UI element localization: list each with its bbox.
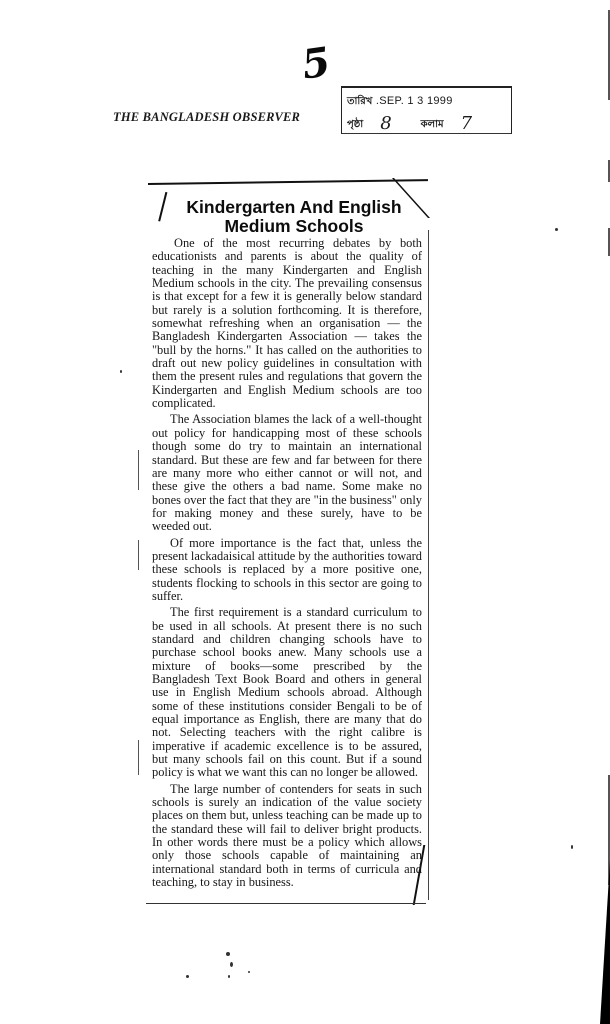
scan-speckle — [555, 228, 558, 231]
scan-speckle — [248, 971, 250, 973]
stamp-page-value: 8 — [380, 113, 391, 134]
page-number-mark: 5 — [301, 42, 330, 86]
scan-speckle — [120, 370, 122, 373]
stamp-page-row: পৃষ্ঠা 8 কলাম 7 — [347, 111, 472, 134]
article-paragraph: One of the most recurring debates by bot… — [152, 237, 422, 410]
article-paragraph: Of more importance is the fact that, unl… — [152, 537, 422, 604]
stamp-column-value: 7 — [461, 113, 472, 134]
newspaper-masthead: THE BANGLADESH OBSERVER — [113, 110, 300, 125]
stamp-page-label: পৃষ্ঠা — [347, 119, 363, 130]
scan-speckle — [226, 952, 230, 956]
article-headline: Kindergarten And English Medium Schools — [174, 198, 414, 236]
article-clipping: Kindergarten And English Medium Schools … — [146, 180, 429, 900]
article-paragraph: The Association blames the lack of a wel… — [152, 413, 422, 533]
corner-pen-mark-left — [145, 189, 168, 222]
archive-stamp: তারিখ .SEP. 1 3 1999 পৃষ্ঠা 8 কলাম 7 — [341, 86, 512, 134]
clipping-border-top — [148, 179, 428, 185]
stamp-date-value: .SEP. 1 3 1999 — [376, 95, 453, 107]
clipping-border-left-fragment — [138, 740, 139, 775]
scan-speckle — [228, 975, 230, 978]
clipping-border-bottom — [146, 903, 426, 904]
article-body: One of the most recurring debates by bot… — [152, 237, 422, 893]
stamp-column-label: কলাম — [421, 119, 444, 130]
clipping-border-left-fragment — [138, 450, 139, 490]
article-paragraph: The large number of contenders for seats… — [152, 783, 422, 890]
stamp-date-row: তারিখ .SEP. 1 3 1999 — [347, 94, 453, 111]
clipping-border-right — [428, 230, 429, 900]
article-paragraph: The first requirement is a standard curr… — [152, 606, 422, 779]
scan-speckle — [571, 845, 573, 849]
stamp-date-label: তারিখ — [347, 96, 372, 107]
clipping-border-left-fragment — [138, 540, 139, 570]
scan-speckle — [186, 975, 189, 978]
scan-speckle — [230, 962, 233, 967]
